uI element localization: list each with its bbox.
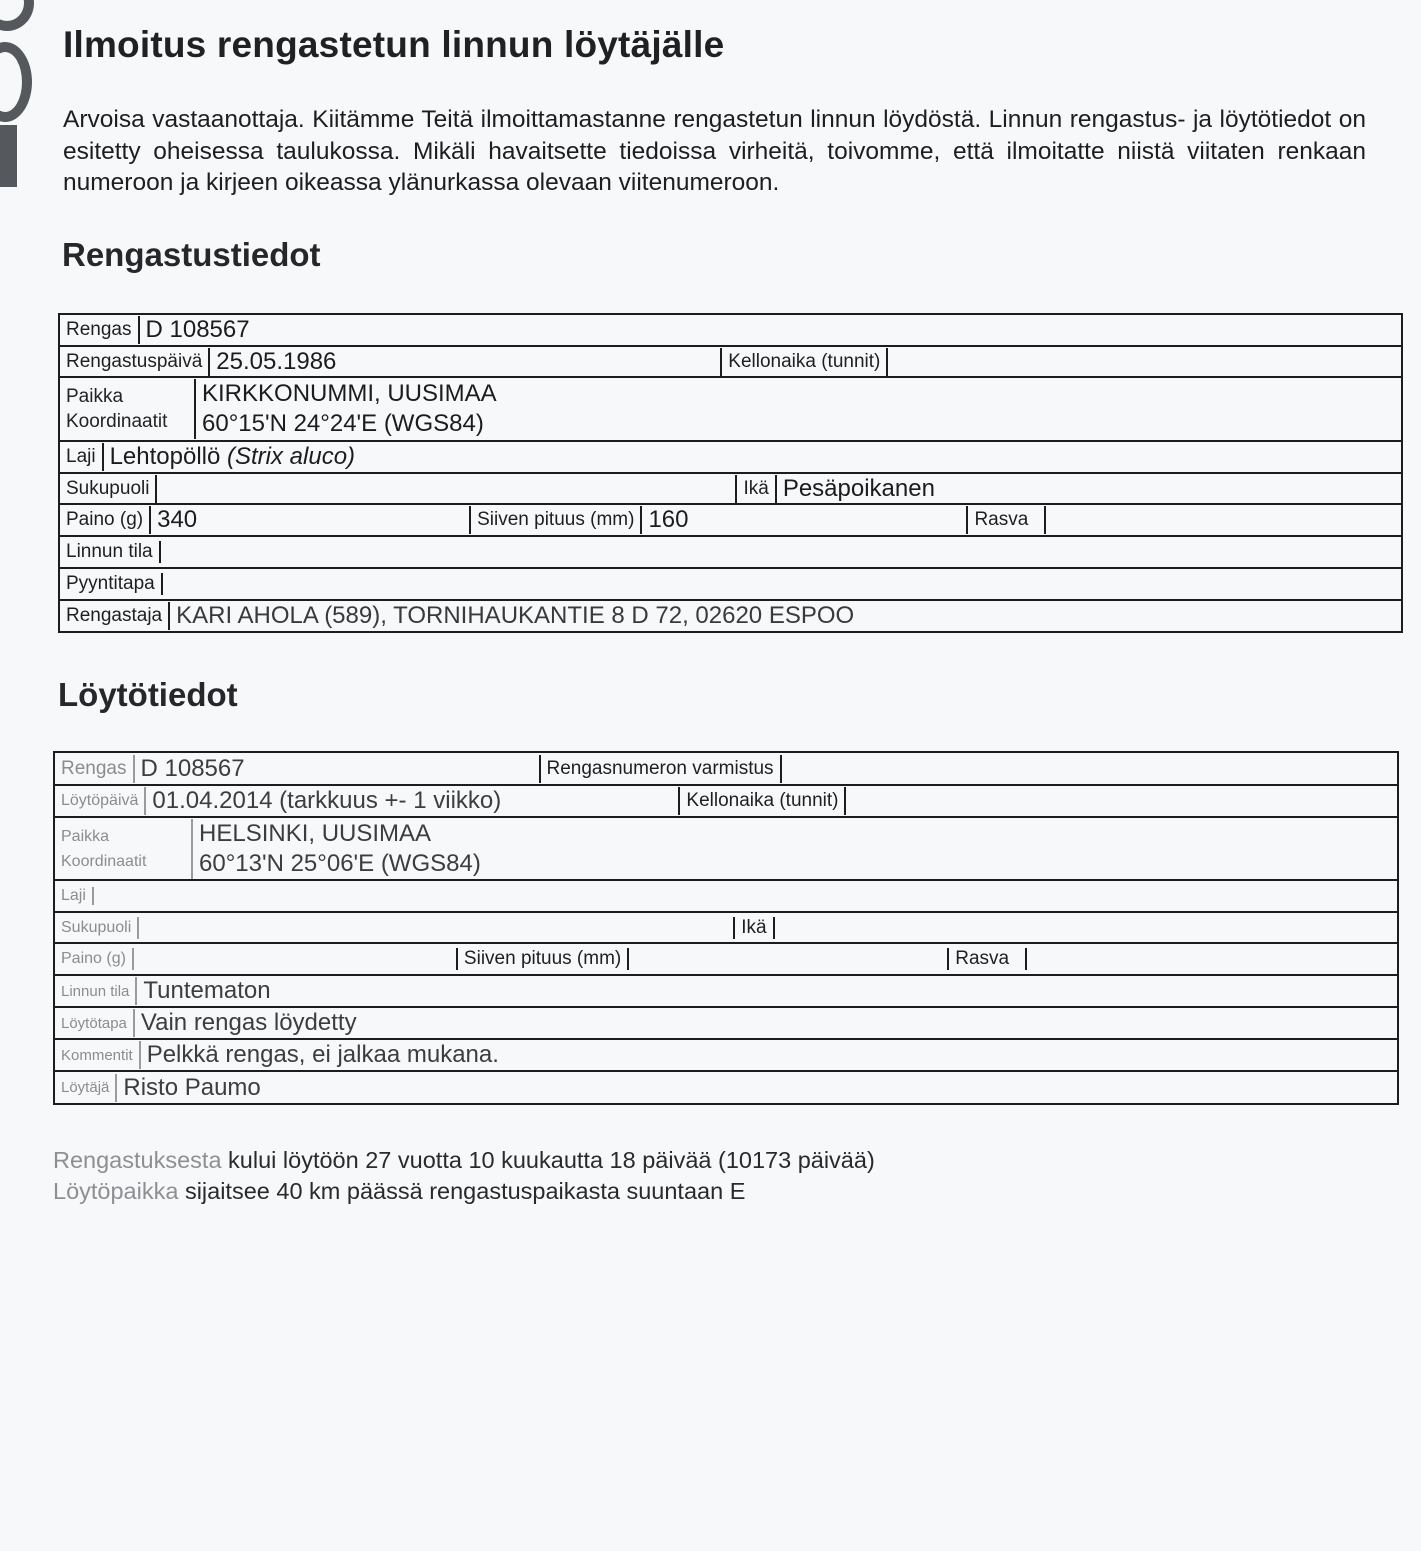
ringing-ringer-value: KARI AHOLA (589), TORNIHAUKANTIE 8 D 72,… xyxy=(170,602,1401,630)
recovery-condition-value: Tuntematon xyxy=(137,977,1397,1005)
ringing-capture-label: Pyyntitapa xyxy=(60,573,163,595)
recovery-wing-value xyxy=(629,948,949,970)
recovery-comments-label: Kommentit xyxy=(55,1041,141,1069)
recovery-row-sex-age: Sukupuoli Ikä xyxy=(54,912,1398,943)
recovery-comments-value: Pelkkä rengas, ei jalkaa mukana. xyxy=(141,1041,1397,1069)
ringing-table: Rengas D 108567 Rengastuspäivä 25.05.198… xyxy=(58,313,1403,633)
recovery-sex-value xyxy=(139,917,735,939)
ringing-age-value: Pesäpoikanen xyxy=(777,475,1401,503)
summary-distance: Löytöpaikka sijaitsee 40 km päässä renga… xyxy=(53,1176,875,1207)
recovery-finder-value: Risto Paumo xyxy=(117,1074,1397,1102)
ringing-weight-value: 340 xyxy=(151,506,471,534)
recovery-method-value: Vain rengas löydetty xyxy=(135,1009,1397,1037)
recovery-species-label: Laji xyxy=(55,887,94,905)
logo-bar xyxy=(0,125,17,187)
summary-elapsed-time: Rengastuksesta kului löytöön 27 vuotta 1… xyxy=(53,1145,875,1176)
ringing-date-value: 25.05.1986 xyxy=(210,348,722,376)
ringing-sex-label: Sukupuoli xyxy=(60,475,157,503)
recovery-row-finder: Löytäjä Risto Paumo xyxy=(54,1071,1398,1104)
recovery-row-ring: Rengas D 108567 Rengasnumeron varmistus xyxy=(54,752,1398,785)
ringing-row-date: Rengastuspäivä 25.05.1986 Kellonaika (tu… xyxy=(59,346,1402,377)
ringing-time-value xyxy=(888,348,1401,376)
recovery-heading: Löytötiedot xyxy=(58,676,238,714)
ringing-ring-label: Rengas xyxy=(60,316,140,344)
recovery-ring-value: D 108567 xyxy=(135,755,541,783)
ringing-row-sex-age: Sukupuoli Ikä Pesäpoikanen xyxy=(59,473,1402,504)
recovery-date-label: Löytöpäivä xyxy=(55,787,146,815)
ringing-species-value: Lehtopöllö xyxy=(110,443,221,471)
recovery-row-comments: Kommentit Pelkkä rengas, ei jalkaa mukan… xyxy=(54,1039,1398,1071)
recovery-table: Rengas D 108567 Rengasnumeron varmistus … xyxy=(53,751,1399,1105)
recovery-coords-value: 60°13'N 25°06'E (WGS84) xyxy=(199,849,481,879)
recovery-ring-label: Rengas xyxy=(55,755,135,783)
ringing-species-label: Laji xyxy=(60,443,104,471)
recovery-sex-label: Sukupuoli xyxy=(55,917,139,939)
ringing-row-place: Paikka Koordinaatit KIRKKONUMMI, UUSIMAA… xyxy=(59,377,1402,441)
ringing-species-latin: (Strix aluco) xyxy=(227,443,355,471)
recovery-wing-label: Siiven pituus (mm) xyxy=(458,948,629,970)
ringing-coords-value: 60°15'N 24°24'E (WGS84) xyxy=(202,409,484,439)
ringing-fat-label: Rasva xyxy=(968,506,1046,534)
ringing-condition-label: Linnun tila xyxy=(60,541,161,563)
recovery-row-method: Löytötapa Vain rengas löydetty xyxy=(54,1007,1398,1039)
ringing-row-measures: Paino (g) 340 Siiven pituus (mm) 160 Ras… xyxy=(59,504,1402,536)
recovery-time-label: Kellonaika (tunnit) xyxy=(680,787,846,815)
recovery-place-label: Paikka xyxy=(61,824,109,849)
ringing-age-label: Ikä xyxy=(737,475,776,503)
recovery-age-label: Ikä xyxy=(735,917,774,939)
recovery-age-value xyxy=(775,917,1397,939)
ringing-date-label: Rengastuspäivä xyxy=(60,348,210,376)
ringing-heading: Rengastustiedot xyxy=(62,236,321,274)
ringing-sex-value xyxy=(157,475,737,503)
ringing-row-ringer: Rengastaja KARI AHOLA (589), TORNIHAUKAN… xyxy=(59,600,1402,632)
recovery-fat-label: Rasva xyxy=(949,948,1027,970)
recovery-weight-value xyxy=(134,948,458,970)
recovery-row-date: Löytöpäivä 01.04.2014 (tarkkuus +- 1 vii… xyxy=(54,785,1398,817)
ringing-row-species: Laji Lehtopöllö (Strix aluco) xyxy=(59,441,1402,473)
recovery-verify-label: Rengasnumeron varmistus xyxy=(541,755,782,783)
recovery-row-place: Paikka Koordinaatit HELSINKI, UUSIMAA 60… xyxy=(54,817,1398,880)
recovery-summary: Rengastuksesta kului löytöön 27 vuotta 1… xyxy=(53,1145,875,1207)
ringing-weight-label: Paino (g) xyxy=(60,506,151,534)
recovery-finder-label: Löytäjä xyxy=(55,1074,117,1102)
logo-arc-top xyxy=(0,0,34,31)
recovery-verify-value xyxy=(782,755,1397,783)
ringing-ringer-label: Rengastaja xyxy=(60,602,170,630)
ringing-row-condition: Linnun tila xyxy=(59,536,1402,568)
recovery-species-value xyxy=(94,887,1397,905)
ringing-fat-value xyxy=(1046,506,1401,534)
recovery-row-condition: Linnun tila Tuntematon xyxy=(54,975,1398,1007)
ringing-time-label: Kellonaika (tunnit) xyxy=(722,348,888,376)
ringing-row-capture: Pyyntitapa xyxy=(59,568,1402,600)
page-title: Ilmoitus rengastetun linnun löytäjälle xyxy=(63,24,724,66)
ringing-ring-value: D 108567 xyxy=(140,316,1402,344)
intro-paragraph: Arvoisa vastaanottaja. Kiitämme Teitä il… xyxy=(63,104,1366,199)
recovery-row-species: Laji xyxy=(54,880,1398,912)
recovery-weight-label: Paino (g) xyxy=(55,948,134,970)
ringing-capture-value xyxy=(163,573,1401,595)
ringing-condition-value xyxy=(161,541,1401,563)
ringing-place-label: Paikka xyxy=(66,384,123,409)
recovery-fat-value xyxy=(1027,948,1397,970)
ringing-wing-value: 160 xyxy=(642,506,968,534)
logo-arc-middle xyxy=(0,42,32,122)
recovery-coords-label: Koordinaatit xyxy=(61,849,146,874)
ringing-wing-label: Siiven pituus (mm) xyxy=(471,506,642,534)
recovery-time-value xyxy=(846,787,1397,815)
recovery-date-value: 01.04.2014 (tarkkuus +- 1 viikko) xyxy=(146,787,680,815)
ringing-row-ring: Rengas D 108567 xyxy=(59,314,1402,346)
edge-logo-fragment xyxy=(0,0,22,190)
recovery-row-measures: Paino (g) Siiven pituus (mm) Rasva xyxy=(54,943,1398,975)
recovery-method-label: Löytötapa xyxy=(55,1009,135,1037)
ringing-place-value: KIRKKONUMMI, UUSIMAA xyxy=(202,379,497,409)
ringing-coords-label: Koordinaatit xyxy=(66,409,167,434)
recovery-condition-label: Linnun tila xyxy=(55,977,137,1005)
recovery-place-value: HELSINKI, UUSIMAA xyxy=(199,819,431,849)
